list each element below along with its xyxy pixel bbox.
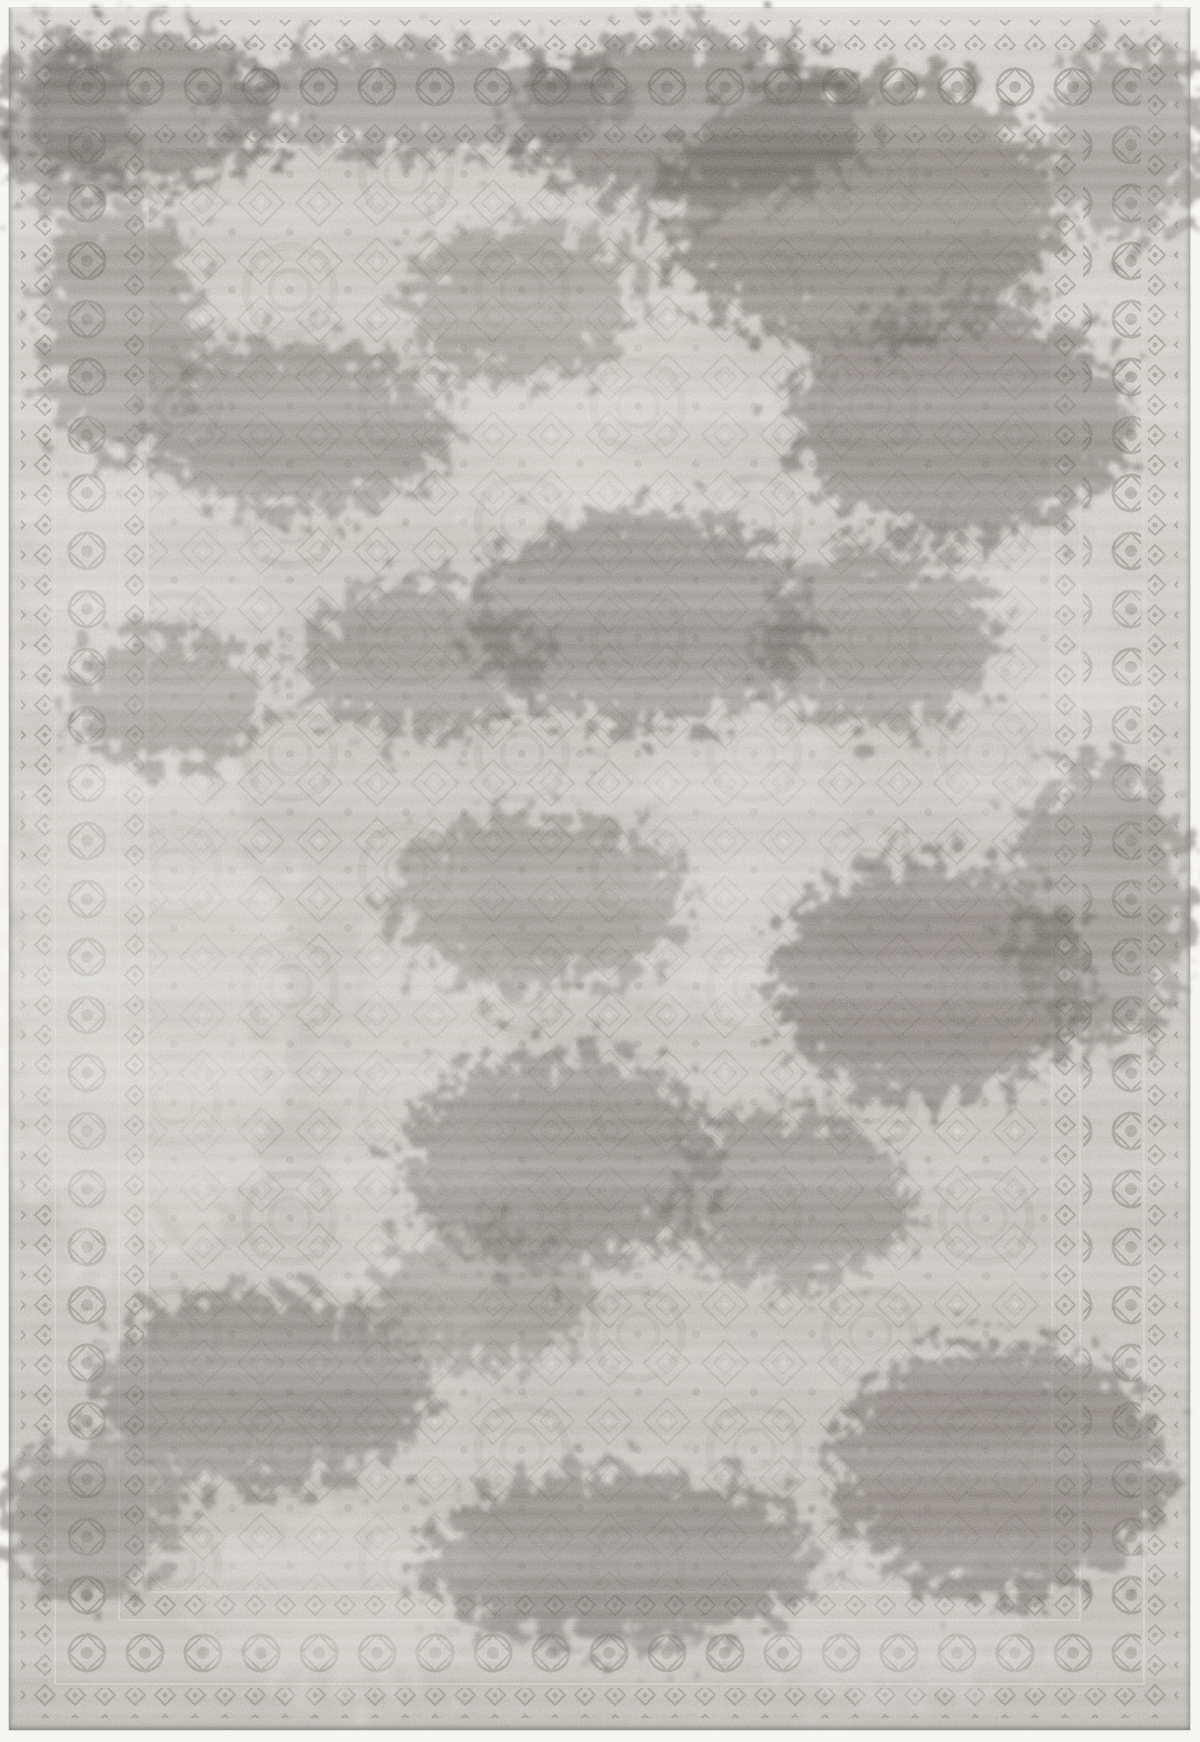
rug-art-layer bbox=[0, 0, 1200, 1742]
rug-product-photo bbox=[0, 0, 1200, 1742]
